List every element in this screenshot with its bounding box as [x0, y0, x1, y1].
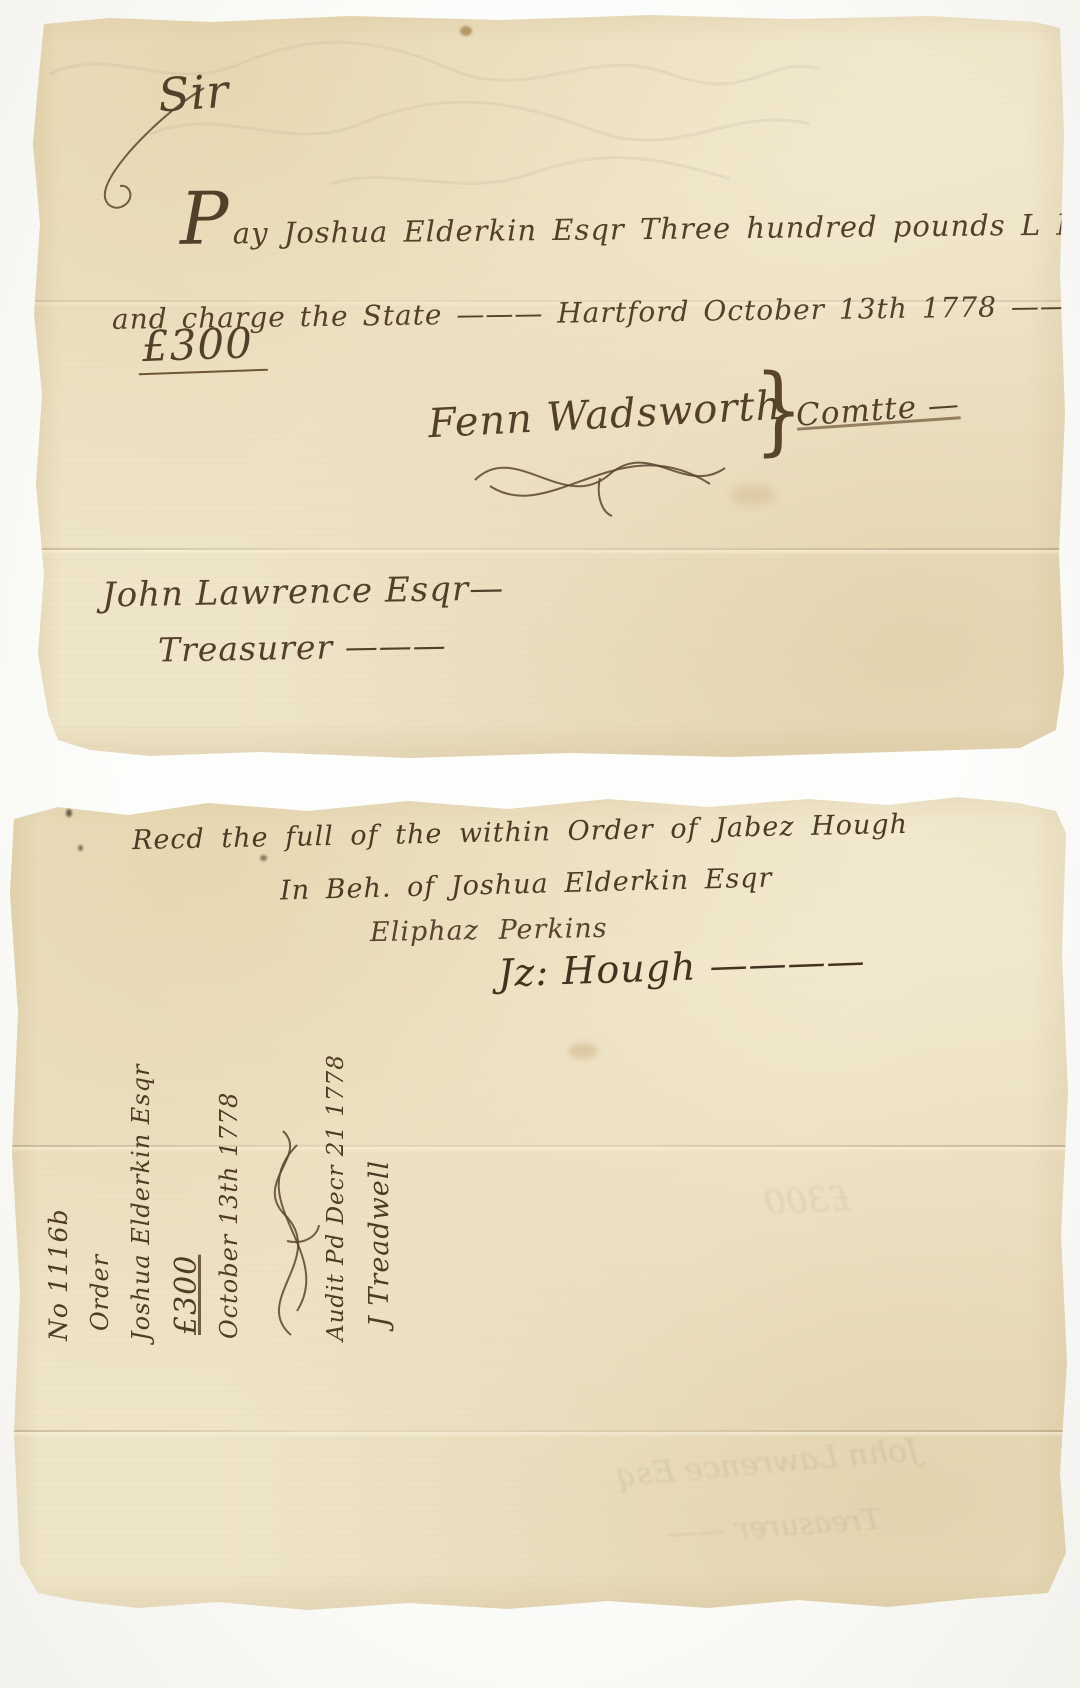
receipt-back-sheet: Recd the full of the within Order of Jab… [8, 793, 1072, 1613]
paper-stain [460, 26, 472, 36]
receipt-line-1: Recd the full of the within Order of Jab… [132, 809, 909, 856]
docket-number: No 1116b [44, 1073, 86, 1341]
bleedthrough-amount: £300 [763, 1179, 852, 1223]
receipt-line-3: Eliphaz Perkins [370, 913, 608, 948]
fold-crease [30, 548, 1068, 550]
docket-auditor: J Treadwell [364, 1073, 406, 1341]
filing-docket: No 1116b Order Joshua Elderkin Esqr £300… [44, 1073, 406, 1341]
ink-speck [66, 809, 72, 817]
ink-speck [260, 855, 267, 861]
ink-speck [78, 845, 83, 851]
pay-order-front-sheet: Sir Pay Joshua Elderkin Esqr Three hundr… [30, 14, 1068, 758]
addressee: John Lawrence Esqr— [102, 568, 505, 615]
docket-type: Order [86, 1073, 128, 1341]
docket-payee: Joshua Elderkin Esqr [127, 1073, 169, 1341]
docket-flourish [257, 1073, 323, 1341]
amount: £300 [137, 318, 268, 375]
docket-audit: Audit Pd Decr 21 1778 [323, 1073, 365, 1341]
signature-flourish [470, 438, 740, 518]
document-scan: Sir Pay Joshua Elderkin Esqr Three hundr… [0, 0, 1080, 1688]
committee-label: Comtte — [795, 386, 961, 433]
bleedthrough-title: Treasurer —— [667, 1502, 882, 1551]
salutation: Sir [156, 64, 231, 123]
receipt-signature-hough: Jz: Hough ———— [497, 939, 866, 996]
paper-stain [568, 1043, 598, 1059]
docket-amount: £300 [169, 1073, 215, 1341]
docket-date: October 13th 1778 [215, 1073, 257, 1341]
receipt-line-2: In Beh. of Joshua Elderkin Esqr [280, 863, 773, 907]
addressee-title: Treasurer ——— [158, 625, 447, 669]
bleedthrough-addressee: John Lawrence Esq [615, 1432, 921, 1494]
